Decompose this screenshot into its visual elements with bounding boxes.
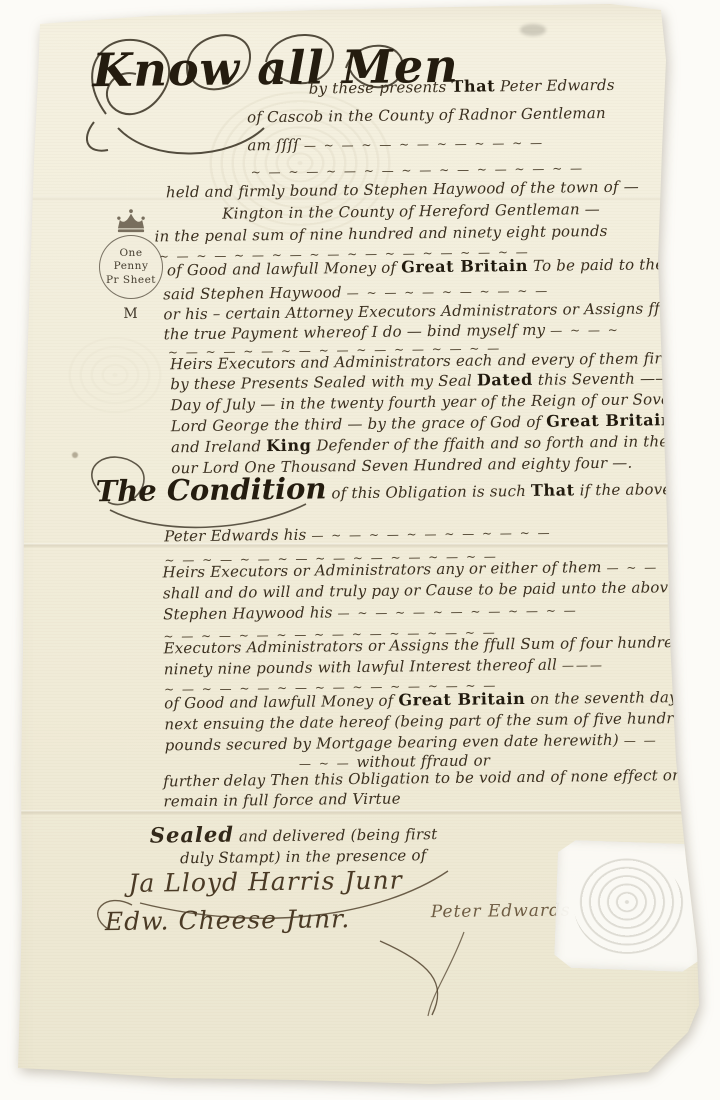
text-segment: That bbox=[531, 480, 575, 500]
document-line: am ſſſſ — ~ — ~ — ~ — ~ — ~ — ~ — bbox=[247, 132, 544, 155]
stamp-text: Pr Sheet bbox=[106, 274, 156, 287]
document-line: The Condition of this Obligation is such… bbox=[95, 469, 720, 506]
text-segment: Great Britain bbox=[401, 256, 528, 277]
text-segment: — ~ — ~ bbox=[550, 323, 620, 338]
text-segment: if the above Bounden bbox=[575, 479, 720, 499]
text-segment: Stephen Haywood his bbox=[163, 603, 338, 623]
document-line: by these presents That Peter Edwards bbox=[309, 75, 615, 98]
text-segment: Kington in the County of Hereford Gentle… bbox=[222, 200, 600, 223]
stamp-text: Penny bbox=[114, 260, 149, 273]
text-segment: Great Britain bbox=[546, 410, 673, 431]
text-segment: Peter Edwards bbox=[431, 900, 571, 922]
document-line: Ja Lloyd Harris Junr bbox=[128, 868, 402, 896]
text-segment: — ~ — bbox=[606, 560, 658, 575]
text-segment: on the seventh day of January bbox=[525, 687, 720, 708]
document-line: Stephen Haywood his — ~ — ~ — ~ — ~ — ~ … bbox=[163, 599, 578, 624]
text-segment: by these presents bbox=[309, 78, 452, 98]
document-line: Peter Edwards bbox=[431, 900, 571, 921]
text-segment: Peter Edwards bbox=[495, 76, 615, 95]
text-segment: ——— bbox=[562, 658, 604, 673]
text-segment: Ja Lloyd Harris Junr bbox=[128, 866, 402, 898]
text-segment: said Stephen Haywood bbox=[163, 283, 347, 303]
document-paper: Know all Menby these presents That Peter… bbox=[0, 0, 720, 1100]
stamp-circle: One Penny Pr Sheet bbox=[99, 235, 163, 299]
text-segment: of this Obligation is such bbox=[326, 482, 531, 502]
document-line: further delay Then this Obligation to be… bbox=[163, 764, 720, 791]
document-line: duly Stampt) in the presence of bbox=[180, 845, 427, 868]
text-segment: duly Stampt) in the presence of bbox=[180, 846, 426, 867]
text-segment: remain in full force and Virtue bbox=[163, 790, 401, 811]
text-segment: King bbox=[266, 436, 311, 456]
crown-icon bbox=[110, 206, 152, 234]
text-segment: That bbox=[451, 76, 495, 96]
document-line: of Cascob in the County of Radnor Gentle… bbox=[247, 103, 606, 127]
text-segment: ~ — ~ — ~ — ~ — ~ — ~ — ~ — ~ — ~ — bbox=[251, 161, 584, 179]
text-segment: Sealed bbox=[150, 822, 234, 848]
text-segment: Lord George the third — by the grace of … bbox=[171, 413, 547, 436]
text-segment: To be paid to the bbox=[528, 255, 665, 275]
text-segment: further delay Then this Obligation to be… bbox=[163, 765, 720, 790]
text-segment: and Ireland bbox=[171, 437, 266, 456]
text-segment: of Good and lawfull Money of bbox=[167, 258, 401, 279]
text-segment: of Good and lawfull Money of bbox=[164, 692, 398, 713]
text-segment: this Seventh —— bbox=[533, 369, 671, 389]
document-line: Sealed and delivered (being first bbox=[150, 821, 438, 847]
document-line: remain in full force and Virtue bbox=[163, 789, 401, 812]
document-line: Edw. Cheese Junr. bbox=[105, 906, 351, 934]
text-segment: — ~ — ~ — ~ — ~ — ~ — ~ — bbox=[311, 526, 551, 543]
document-line: Kington in the County of Hereford Gentle… bbox=[222, 199, 600, 223]
text-segment: Great Britain bbox=[398, 689, 525, 710]
revenue-stamp: One Penny Pr Sheet M bbox=[86, 206, 176, 321]
text-segment: — ~ — ~ — ~ — ~ — ~ — bbox=[347, 284, 550, 300]
text-segment: shall and do will and truly pay or Cause… bbox=[163, 577, 720, 602]
text-segment: — ~ — ~ — ~ — ~ — ~ — ~ — bbox=[304, 136, 544, 153]
text-segment: by these Presents Sealed with my Seal bbox=[170, 372, 477, 394]
document-line: held and firmly bound to Stephen Haywood… bbox=[166, 177, 639, 203]
text-segment: The Condition bbox=[95, 471, 326, 508]
embossed-seal bbox=[554, 839, 704, 972]
document-line: Peter Edwards his — ~ — ~ — ~ — ~ — ~ — … bbox=[164, 522, 552, 546]
text-segment: Dated bbox=[477, 370, 533, 390]
text-segment: Edw. Cheese Junr. bbox=[105, 904, 351, 936]
text-segment: — ~ — ~ — ~ — ~ — ~ — ~ — bbox=[338, 603, 578, 620]
text-segment: ffrance bbox=[673, 410, 720, 429]
text-segment: am ſſſſ bbox=[247, 136, 304, 155]
stain bbox=[682, 750, 698, 784]
stamp-letter: M bbox=[86, 307, 176, 321]
text-segment: of Cascob in the County of Radnor Gentle… bbox=[247, 104, 606, 126]
text-segment: Peter Edwards his bbox=[164, 526, 311, 546]
text-segment: Defender of the ffaith and so forth and … bbox=[311, 432, 720, 455]
text-segment: held and firmly bound to Stephen Haywood… bbox=[166, 178, 639, 202]
text-segment: and delivered (being first bbox=[234, 825, 438, 845]
scanned-document: Know all Menby these presents That Peter… bbox=[0, 0, 720, 1100]
stamp-text: One bbox=[119, 247, 142, 260]
text-segment: — — bbox=[624, 733, 658, 747]
